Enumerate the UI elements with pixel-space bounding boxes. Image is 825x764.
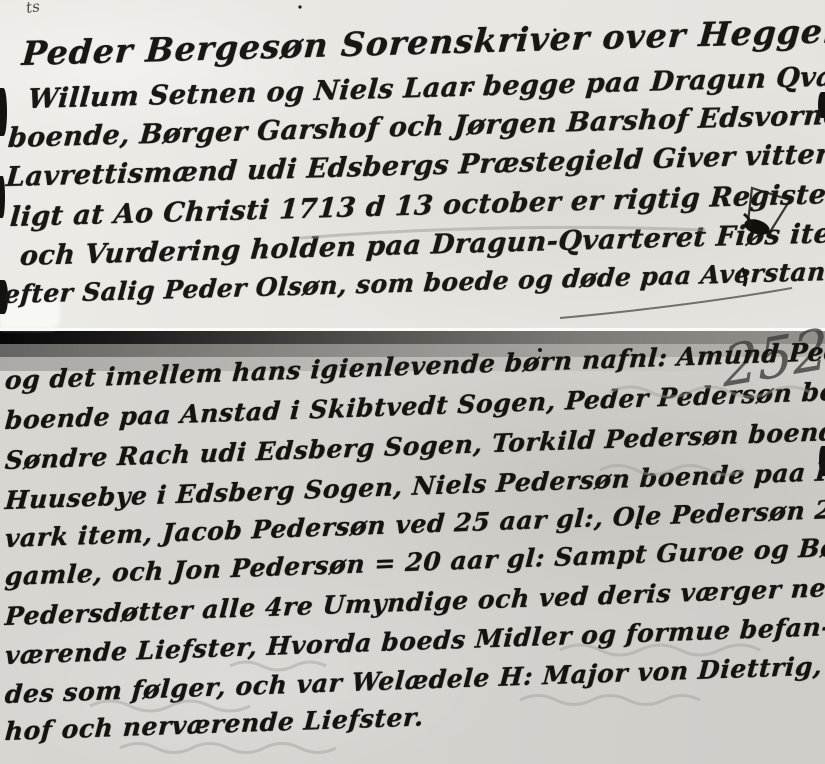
bleed-through-marks: [90, 387, 810, 753]
pen-tick: [742, 268, 746, 286]
ink-artifacts-overlay: [0, 0, 825, 764]
manuscript-scan: ts 252 Peder Bergesøn Sorenskriver over …: [0, 0, 825, 764]
pencil-smudge: [300, 227, 705, 238]
ink-specks: [298, 5, 639, 529]
pen-flourish: [560, 288, 792, 318]
ink-blot: [742, 188, 790, 238]
